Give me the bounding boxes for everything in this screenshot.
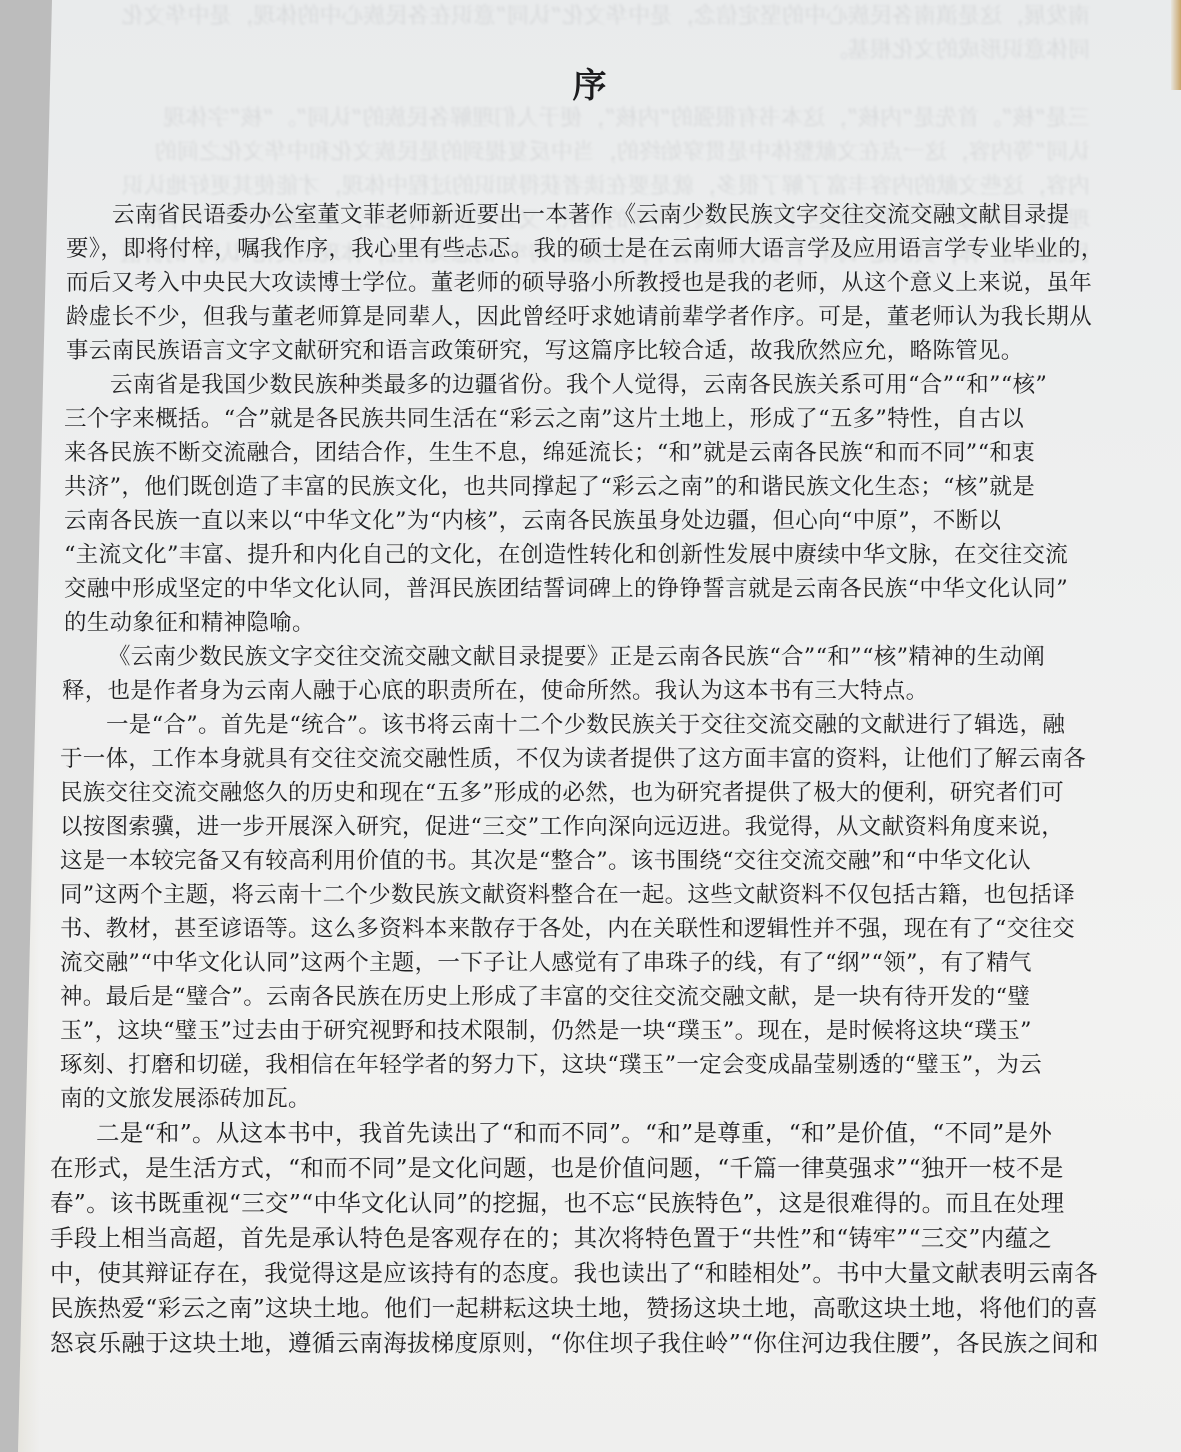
ghost-line: 认同”等内容，这一点在文献整体中是贯穿始终的，当中反复提到的是民族文化和中华文化… bbox=[90, 136, 1090, 170]
text-line: 春”。该书既重视“三交”“中华文化认同”的挖掘，也不忘“民族特色”，这是很难得的… bbox=[50, 1186, 1174, 1221]
page-title: 序 bbox=[0, 58, 1181, 107]
text-line: 于一体，工作本身就具有交往交流交融性质，不仅为读者提供了这方面丰富的资料，让他们… bbox=[60, 742, 1174, 776]
preface-body: 云南省民语委办公室董文菲老师新近要出一本著作《云南少数民族文字交往交流交融文献目… bbox=[64, 198, 1174, 1361]
text-line: 同”这两个主题，将云南十二个少数民族文献资料整合在一起。这些文献资料不仅包括古籍… bbox=[60, 878, 1174, 912]
text-line: 怒哀乐融于这块土地，遵循云南海拔梯度原则，“你住坝子我住岭”“你住河边我住腰”，… bbox=[50, 1326, 1174, 1361]
text-line: “主流文化”丰富、提升和内化自己的文化，在创造性转化和创新性发展中赓续中华文脉，… bbox=[64, 538, 1174, 572]
text-line: 神。最后是“璧合”。云南各民族在历史上形成了丰富的交往交流交融文献，是一块有待开… bbox=[60, 980, 1174, 1014]
text-line: 南的文旅发展添砖加瓦。 bbox=[60, 1082, 1174, 1116]
text-line: 二是“和”。从这本书中，我首先读出了“和而不同”。“和”是尊重，“和”是价值，“… bbox=[50, 1116, 1174, 1151]
text-line: 要》，即将付梓，嘱我作序，我心里有些忐忑。我的硕士是在云南师大语言学及应用语言学… bbox=[66, 232, 1174, 266]
photo-scene: 南发展，这是滇南各民族心中的坚定信念，是中华文化“认同”意识在各民族心中的体现，… bbox=[0, 0, 1181, 1452]
ghost-line: 三是“核”。首先是“内核”，这本书有很强的“内核”，便于人们理解各民族的“认同”… bbox=[90, 102, 1090, 136]
text-line: 云南各民族一直以来以“中华文化”为“内核”，云南各民族虽身处边疆，但心向“中原”… bbox=[64, 504, 1174, 538]
text-line: 的生动象征和精神隐喻。 bbox=[64, 606, 1174, 640]
paragraph-5: 二是“和”。从这本书中，我首先读出了“和而不同”。“和”是尊重，“和”是价值，“… bbox=[50, 1116, 1174, 1361]
text-line: 以按图索骥，进一步开展深入研究，促进“三交”工作向深向远迈进。我觉得，从文献资料… bbox=[60, 810, 1174, 844]
text-line: 这是一本较完备又有较高利用价值的书。其次是“整合”。该书围绕“交往交流交融”和“… bbox=[60, 844, 1174, 878]
ghost-line: 南发展，这是滇南各民族心中的坚定信念，是中华文化“认同”意识在各民族心中的体现，… bbox=[90, 0, 1090, 34]
paragraph-1: 云南省民语委办公室董文菲老师新近要出一本著作《云南少数民族文字交往交流交融文献目… bbox=[66, 198, 1174, 368]
text-line: 释，也是作者身为云南人融于心底的职责所在，使命所然。我认为这本书有三大特点。 bbox=[62, 674, 1174, 708]
text-line: 玉”，这块“璧玉”过去由于研究视野和技术限制，仍然是一块“璞玉”。现在，是时候将… bbox=[60, 1014, 1174, 1048]
text-line: 三个字来概括。“合”就是各民族共同生活在“彩云之南”这片土地上，形成了“五多”特… bbox=[64, 402, 1174, 436]
text-line: 而后又考入中央民大攻读博士学位。董老师的硕导骆小所教授也是我的老师，从这个意义上… bbox=[66, 266, 1174, 300]
text-line: 交融中形成坚定的中华文化认同，普洱民族团结誓词碑上的铮铮誓言就是云南各民族“中华… bbox=[64, 572, 1174, 606]
text-line: 云南省是我国少数民族种类最多的边疆省份。我个人觉得，云南各民族关系可用“合”“和… bbox=[64, 368, 1174, 402]
paragraph-4: 一是“合”。首先是“统合”。该书将云南十二个少数民族关于交往交流交融的文献进行了… bbox=[60, 708, 1174, 1116]
text-line: 共济”，他们既创造了丰富的民族文化，也共同撑起了“彩云之南”的和谐民族文化生态；… bbox=[64, 470, 1174, 504]
text-line: 中，使其辩证存在，我觉得这是应该持有的态度。我也读出了“和睦相处”。书中大量文献… bbox=[50, 1256, 1174, 1291]
text-line: 在形式，是生活方式，“和而不同”是文化问题，也是价值问题，“千篇一律莫强求”“独… bbox=[50, 1151, 1174, 1186]
text-line: 书、教材，甚至谚语等。这么多资料本来散存于各处，内在关联性和逻辑性并不强，现在有… bbox=[60, 912, 1174, 946]
text-line: 流交融”“中华文化认同”这两个主题，一下子让人感觉有了串珠子的线，有了“纲”“领… bbox=[60, 946, 1174, 980]
text-line: 事云南民族语言文字文献研究和语言政策研究，写这篇序比较合适，故我欣然应允，略陈管… bbox=[66, 334, 1174, 368]
text-line: 民族交往交流交融悠久的历史和现在“五多”形成的必然，也为研究者提供了极大的便利，… bbox=[60, 776, 1174, 810]
text-line: 手段上相当高超，首先是承认特色是客观存在的；其次将特色置于“共性”和“铸牢”“三… bbox=[50, 1221, 1174, 1256]
text-line: 民族热爱“彩云之南”这块土地。他们一起耕耘这块土地，赞扬这块土地，高歌这块土地，… bbox=[50, 1291, 1174, 1326]
text-line: 龄虚长不少，但我与董老师算是同辈人，因此曾经吁求她请前辈学者作序。可是，董老师认… bbox=[66, 300, 1174, 334]
text-line: 来各民族不断交流融合，团结合作，生生不息，绵延流长；“和”就是云南各民族“和而不… bbox=[64, 436, 1174, 470]
text-line: 琢刻、打磨和切磋，我相信在年轻学者的努力下，这块“璞玉”一定会变成晶莹剔透的“璧… bbox=[60, 1048, 1174, 1082]
paragraph-3: 《云南少数民族文字交往交流交融文献目录提要》正是云南各民族“合”“和”“核”精神… bbox=[62, 640, 1174, 708]
text-line: 《云南少数民族文字交往交流交融文献目录提要》正是云南各民族“合”“和”“核”精神… bbox=[62, 640, 1174, 674]
text-line: 云南省民语委办公室董文菲老师新近要出一本著作《云南少数民族文字交往交流交融文献目… bbox=[66, 198, 1174, 232]
paragraph-2: 云南省是我国少数民族种类最多的边疆省份。我个人觉得，云南各民族关系可用“合”“和… bbox=[64, 368, 1174, 640]
text-line: 一是“合”。首先是“统合”。该书将云南十二个少数民族关于交往交流交融的文献进行了… bbox=[60, 708, 1174, 742]
